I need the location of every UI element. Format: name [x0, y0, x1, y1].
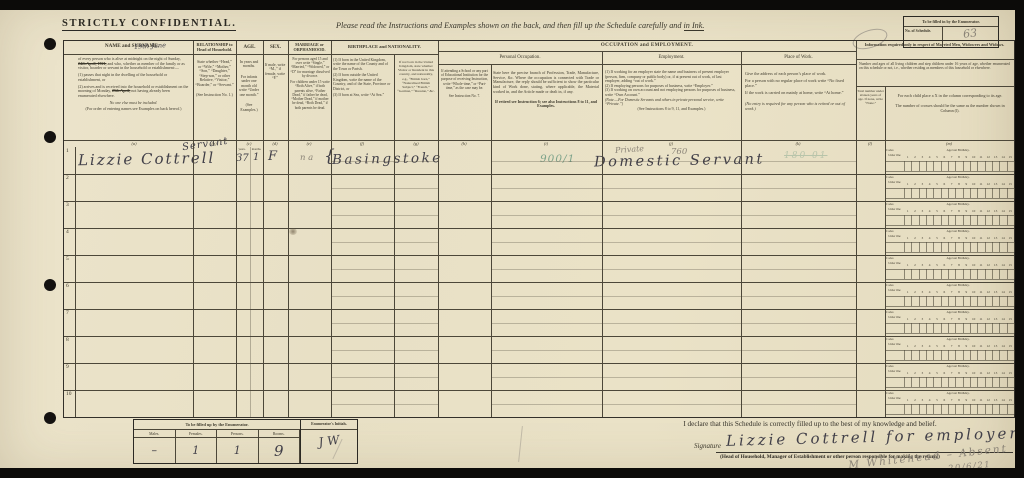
age-grid-cell-line	[941, 323, 942, 334]
age-grid-cell-line	[911, 269, 912, 280]
age-grid-cell-line	[955, 323, 956, 334]
age-grid-rule	[885, 360, 1014, 361]
age-grid-number: 8	[955, 290, 962, 294]
age-grid-cell-line	[985, 350, 986, 361]
column-letter: (m)	[941, 141, 957, 146]
col-relationship-title: RELATIONSHIP to Head of Household.	[194, 43, 235, 52]
age-grid-rule	[885, 252, 1014, 253]
age-grid-number: 5	[933, 263, 940, 267]
age-grid-cell-line	[955, 404, 956, 415]
age-grid-caption: Age last Birthday.	[904, 256, 1012, 260]
age-grid-number: 8	[955, 209, 962, 213]
school-footnote: See Instruction No. 7.	[440, 94, 489, 98]
col-age-title: AGE.	[236, 45, 263, 50]
age-grid-cell-line	[963, 404, 964, 415]
age-grid-number: 12	[985, 236, 992, 240]
age-grid-cell-line	[970, 269, 971, 280]
half-row-line	[331, 323, 438, 324]
age-grid-cell-line	[904, 188, 905, 199]
age-grid-under-label: Under One	[885, 370, 904, 373]
age-grid-cell-line	[1007, 269, 1008, 280]
age-grid-cell-line	[999, 323, 1000, 334]
age-grid-cell-line	[985, 215, 986, 226]
age-grid-number: 11	[977, 155, 984, 159]
enumerator-initials: J W	[300, 430, 357, 452]
age-grid-under-label: Under One	[885, 208, 904, 211]
age-grid-number: 13	[992, 317, 999, 321]
half-row-line	[331, 296, 438, 297]
half-row-line	[491, 269, 856, 270]
children-cross-note-1: For each child place a X in the column c…	[898, 93, 1003, 98]
age-grid-caption: Age last Birthday.	[904, 391, 1012, 395]
age-grid-cell-line	[992, 188, 993, 199]
row-number: 3	[66, 202, 69, 208]
age-grid-number: 4	[926, 290, 933, 294]
col-marriage-desc: For persons aged 15 and over write “Sing…	[290, 57, 330, 110]
age-grid-number: 14	[999, 398, 1006, 402]
age-grid-cell-line	[933, 404, 934, 415]
age-grid-cell-line	[933, 242, 934, 253]
age-grid-cell-line	[985, 188, 986, 199]
age-grid-cell-line	[919, 242, 920, 253]
age-grid-cell-line	[941, 188, 942, 199]
enumerator-col-label: Rooms.	[259, 430, 301, 437]
age-grid-rule	[885, 333, 1014, 334]
column-letter: (d)	[267, 141, 283, 146]
age-grid-cell-line	[948, 161, 949, 172]
children-age-grid: CodesAge last Birthday.Under One12345678…	[856, 363, 1014, 390]
age-grid-cell-line	[999, 296, 1000, 307]
age-grid-cell-line	[911, 350, 912, 361]
age-grid-number: 4	[926, 398, 933, 402]
name-note: No one else must be included.	[78, 101, 189, 106]
age-grid-cell-line	[999, 188, 1000, 199]
age-grid-number: 10	[970, 209, 977, 213]
scan-border-top	[0, 0, 1024, 10]
age-grid-number: 2	[911, 182, 918, 186]
column-letter: (g)	[408, 141, 424, 146]
column-letter: (h)	[456, 141, 472, 146]
employment-note: (Note.—For Domestic Servants and others …	[605, 98, 738, 107]
header-column-line	[263, 41, 264, 147]
age-grid-cell-line	[919, 350, 920, 361]
age-grid-cell-line	[1007, 161, 1008, 172]
col-employment-desc: (1) If working for an employer state the…	[605, 70, 738, 111]
age-grid-number: 6	[941, 398, 948, 402]
children-cross-note-2: The number of crosses should be the same…	[890, 104, 1010, 114]
age-grid-number: 5	[933, 398, 940, 402]
scan-border-right	[1015, 0, 1024, 478]
age-grid-cell-line	[955, 350, 956, 361]
age-grid-cell-line	[904, 350, 905, 361]
age-grid-number: 3	[919, 398, 926, 402]
age-grid-cell-line	[904, 161, 905, 172]
age-grid-number: 11	[977, 263, 984, 267]
age-grid-cell-line	[970, 350, 971, 361]
instruction-text: Please read the Instructions and Example…	[336, 21, 684, 30]
age-grid-rule	[885, 414, 1014, 415]
age-grid-number: 14	[999, 155, 1006, 159]
row-number: 1	[66, 148, 69, 154]
age-grid-cell-line	[911, 404, 912, 415]
age-grid-number: 10	[970, 236, 977, 240]
age-grid-cell-line	[948, 377, 949, 388]
age-grid-rule	[885, 387, 1014, 388]
age-grid-cell-line	[948, 215, 949, 226]
age-grid-number: 2	[911, 263, 918, 267]
age-grid-caption: Age last Birthday.	[904, 229, 1012, 233]
age-grid-number: 6	[941, 236, 948, 240]
children-age-grid: CodesAge last Birthday.Under One12345678…	[856, 282, 1014, 309]
age-grid-number: 9	[963, 371, 970, 375]
age-grid-number: 4	[926, 155, 933, 159]
entry-name: Lizzie Cottrell	[78, 149, 216, 169]
age-grid-number: 5	[933, 290, 940, 294]
age-grid-number: 13	[992, 182, 999, 186]
age-grid-cell-line	[992, 242, 993, 253]
age-grid-number: 8	[955, 371, 962, 375]
age-grid-number: 4	[926, 371, 933, 375]
age-grid-cell-line	[963, 377, 964, 388]
age-grid-cell-line	[904, 242, 905, 253]
age-grid-number: 4	[926, 236, 933, 240]
age-grid-cell-line	[911, 242, 912, 253]
punch-hole-dot	[44, 131, 56, 143]
enumerator-initials-box: Enumerator's Initials. J W	[300, 420, 357, 463]
age-grid-number: 5	[933, 155, 940, 159]
age-grid-cell-line	[919, 188, 920, 199]
age-grid-number: 3	[919, 209, 926, 213]
col-employment-title: Employment.	[602, 55, 741, 60]
age-grid-cell-line	[970, 404, 971, 415]
age-grid-number: 9	[963, 182, 970, 186]
age-grid-under-label: Under One	[885, 289, 904, 292]
age-grid-cell-line	[933, 323, 934, 334]
age-months-sublabel: months.	[250, 147, 263, 151]
age-grid-cell-line	[963, 269, 964, 280]
half-row-line	[331, 377, 438, 378]
age-grid-cell-line	[977, 188, 978, 199]
age-grid-cell-line	[948, 242, 949, 253]
age-grid-number: 6	[941, 263, 948, 267]
age-grid-codes-label: Codes	[886, 391, 894, 395]
age-grid-number: 4	[926, 182, 933, 186]
age-grid-number: 7	[948, 263, 955, 267]
signature-label: Signature	[694, 442, 721, 450]
place-of-work-note: (No entry is required for any person who…	[745, 102, 853, 112]
age-grid-number: 10	[970, 182, 977, 186]
age-grid-codes-label: Codes	[886, 283, 894, 287]
age-grid-number: 13	[992, 209, 999, 213]
age-grid-cell-line	[919, 377, 920, 388]
entry-birthplace: Basingstoke	[332, 150, 443, 168]
age-grid-number: 3	[919, 290, 926, 294]
children-age-grid: CodesAge last Birthday.Under One12345678…	[856, 336, 1014, 363]
age-grid-cell-line	[911, 161, 912, 172]
age-grid-cell-line	[926, 161, 927, 172]
age-grid-under-label: Under One	[885, 181, 904, 184]
census-schedule-scan: STRICTLY CONFIDENTIAL. Please read the I…	[0, 0, 1024, 478]
col-children-cross-desc: For each child place a X in the column c…	[890, 94, 1010, 113]
age-grid-cell-line	[926, 188, 927, 199]
age-grid-number: 2	[911, 371, 918, 375]
age-grid-codes-label: Codes	[886, 229, 894, 233]
age-grid-number: 1	[904, 398, 911, 402]
age-grid-number: 13	[992, 371, 999, 375]
age-grid-number: 13	[992, 155, 999, 159]
age-grid-number: 8	[955, 182, 962, 186]
age-grid-cell-line	[904, 215, 905, 226]
children-age-grid: CodesAge last Birthday.Under One12345678…	[856, 147, 1014, 174]
age-grid-number: 9	[963, 155, 970, 159]
enumerator-col-label: Males.	[134, 430, 176, 437]
age-grid-number: 4	[926, 209, 933, 213]
age-grid-number: 7	[948, 236, 955, 240]
age-grid-cell-line	[919, 323, 920, 334]
age-grid-cell-line	[926, 377, 927, 388]
age-grid-cell-line	[941, 215, 942, 226]
age-grid-number: 6	[941, 290, 948, 294]
enumerator-col-value: 9	[259, 438, 301, 463]
enumerator-count-cells: –119	[134, 438, 300, 463]
instruction-note: Please read the Instructions and Example…	[336, 21, 704, 30]
age-grid-cell-line	[999, 215, 1000, 226]
column-letter: (k)	[790, 141, 806, 146]
enumerator-col-label: Females.	[176, 430, 218, 437]
age-grid-number: 8	[955, 398, 962, 402]
header-column-line	[236, 41, 237, 147]
age-grid-cell-line	[999, 377, 1000, 388]
age-grid-number: 1	[904, 155, 911, 159]
age-grid-caption: Age last Birthday.	[904, 148, 1012, 152]
relationship-footnote: (See Instruction No. 1.)	[195, 93, 234, 98]
age-grid-number: 9	[963, 263, 970, 267]
age-grid-number: 7	[948, 182, 955, 186]
age-grid-number: 9	[963, 344, 970, 348]
col-children-total-desc: Total number under sixteen years of age.…	[857, 89, 884, 105]
half-row-line	[491, 323, 856, 324]
age-grid-cell-line	[948, 188, 949, 199]
enumerator-initials-title: Enumerator's Initials.	[301, 420, 357, 430]
header-rule	[438, 51, 856, 52]
relationship-desc-text: State whether “Head,” or “Wife,” “Mother…	[195, 60, 233, 87]
name-clause-2: (2) arrives and is received into the hou…	[78, 85, 189, 99]
birthplace-clause-1: (1) If born in the United Kingdom, write…	[333, 58, 388, 71]
age-grid-cell-line	[955, 215, 956, 226]
age-grid-cell-line	[911, 215, 912, 226]
occupation-footnote: If retired see Instruction 6; see also I…	[493, 100, 599, 109]
header-rule	[64, 54, 438, 55]
age-grid-cell-line	[955, 161, 956, 172]
column-letter: (l)	[862, 141, 878, 146]
age-grid-cell-line	[933, 188, 934, 199]
children-age-grid: CodesAge last Birthday.Under One12345678…	[856, 201, 1014, 228]
age-grid-cell-line	[941, 242, 942, 253]
age-grid-number: 15	[1007, 209, 1014, 213]
age-grid-number: 12	[985, 398, 992, 402]
age-grid-number: 10	[970, 371, 977, 375]
column-letter: (e)	[301, 141, 317, 146]
age-grid-cell-line	[904, 269, 905, 280]
age-footnote: (See Examples.)	[237, 103, 261, 112]
age-grid-codes-label: Codes	[886, 175, 894, 179]
age-grid-number: 15	[1007, 236, 1014, 240]
age-grid-number: 6	[941, 371, 948, 375]
age-grid-number: 2	[911, 236, 918, 240]
col-birthplace-desc: (1) If born in the United Kingdom, write…	[333, 58, 391, 98]
age-grid-number: 3	[919, 317, 926, 321]
age-grid-cell-line	[941, 350, 942, 361]
age-grid-number: 3	[919, 344, 926, 348]
header-rule	[856, 86, 1014, 87]
instruction-ink-emphasis: in Ink.	[684, 21, 705, 31]
entry-age-months: 1	[253, 152, 259, 163]
age-grid-number: 14	[999, 209, 1006, 213]
age-grid-cell-line	[985, 404, 986, 415]
age-grid-cell-line	[970, 242, 971, 253]
age-grid-cell-line	[985, 296, 986, 307]
age-grid-cell-line	[970, 296, 971, 307]
age-grid-number: 1	[904, 236, 911, 240]
col-place-of-work-desc: Give the address of each person’s place …	[745, 72, 853, 112]
age-grid-cell-line	[948, 296, 949, 307]
age-grid-number: 14	[999, 317, 1006, 321]
half-row-line	[331, 350, 438, 351]
employment-clause-1: (1) If working for an employer state the…	[605, 70, 729, 83]
age-grid-number: 2	[911, 290, 918, 294]
row-number: 8	[66, 337, 69, 343]
scan-border-bottom	[0, 468, 1024, 478]
age-grid-cell-line	[970, 215, 971, 226]
age-grid-number: 9	[963, 317, 970, 321]
column-letter: (i)	[538, 141, 554, 146]
age-grid-cell-line	[933, 215, 934, 226]
age-grid-number: 6	[941, 317, 948, 321]
age-grid-cell-line	[1007, 404, 1008, 415]
age-grid-cell-line	[977, 323, 978, 334]
header-column-line	[193, 41, 194, 147]
half-row-line	[331, 161, 438, 162]
half-row-line	[491, 215, 856, 216]
age-grid-cell-line	[941, 404, 942, 415]
children-age-grid: CodesAge last Birthday.Under One12345678…	[856, 255, 1014, 282]
marriage-desc-p2: For children under 15 write “Both Alive,…	[290, 80, 330, 110]
age-grid-number: 1	[904, 182, 911, 186]
age-grid-cell-line	[985, 242, 986, 253]
age-grid-caption: Age last Birthday.	[904, 283, 1012, 287]
age-grid-cell-line	[992, 215, 993, 226]
age-grid-cell-line	[955, 242, 956, 253]
schedule-table: NAME and SURNAME. 19th June of every per…	[63, 40, 1015, 418]
age-grid-number: 10	[970, 263, 977, 267]
age-grid-number: 5	[933, 209, 940, 213]
header-column-line	[331, 41, 332, 147]
age-grid-codes-label: Codes	[886, 337, 894, 341]
table-body: years. months. Servant Lizzie Cottrell 3…	[64, 147, 1014, 417]
age-grid-caption: Age last Birthday.	[904, 337, 1012, 341]
age-grid-under-label: Under One	[885, 397, 904, 400]
age-grid-number: 14	[999, 371, 1006, 375]
age-grid-number: 6	[941, 209, 948, 213]
age-grid-cell-line	[919, 269, 920, 280]
employment-clause-3: (3) If working on own account and not em…	[605, 88, 738, 97]
col-relationship-desc: State whether “Head,” or “Wife,” “Mother…	[195, 60, 234, 97]
age-grid-cell-line	[977, 215, 978, 226]
half-row-line	[331, 269, 438, 270]
column-letter: (a)	[126, 141, 142, 146]
col-birthplace-group-title: BIRTHPLACE and NATIONALITY.	[331, 44, 438, 49]
col-occupation-desc: State here the precise branch of Profess…	[493, 71, 599, 109]
age-grid-number: 12	[985, 371, 992, 375]
age-grid-number: 11	[977, 344, 984, 348]
age-grid-cell-line	[926, 350, 927, 361]
age-grid-number: 9	[963, 209, 970, 213]
age-grid-cell-line	[992, 350, 993, 361]
age-grid-cell-line	[963, 350, 964, 361]
age-grid-number: 8	[955, 236, 962, 240]
age-grid-number: 10	[970, 317, 977, 321]
age-grid-number: 12	[985, 263, 992, 267]
age-grid-caption: Age last Birthday.	[904, 364, 1012, 368]
half-row-line	[491, 161, 856, 162]
age-grid-number: 11	[977, 182, 984, 186]
age-grid-cell-line	[963, 242, 964, 253]
handwritten-date-annotation: 19th June	[134, 41, 166, 51]
ink-stain	[289, 228, 297, 235]
age-grid-cell-line	[992, 161, 993, 172]
occupation-desc-text: State here the precise branch of Profess…	[493, 70, 599, 94]
age-grid-number: 14	[999, 344, 1006, 348]
age-grid-number: 5	[933, 182, 940, 186]
col-sex-desc: If male, write “M.,” if female, write “F…	[264, 63, 286, 81]
half-row-line	[491, 350, 856, 351]
age-grid-rule	[885, 171, 1014, 172]
age-grid-caption: Age last Birthday.	[904, 310, 1012, 314]
age-grid-caption: Age last Birthday.	[904, 202, 1012, 206]
age-grid-cell-line	[941, 161, 942, 172]
birthplace-clause-3: (3) If born at Sea, write “At Sea.”	[333, 93, 391, 97]
age-grid-number: 11	[977, 236, 984, 240]
age-grid-number: 10	[970, 344, 977, 348]
age-grid-cell-line	[963, 161, 964, 172]
half-row-line	[491, 377, 856, 378]
age-grid-number: 13	[992, 290, 999, 294]
name-clause-1: (1) passes that night in the dwelling of…	[78, 73, 189, 82]
age-grid-cell-line	[963, 188, 964, 199]
column-letter: (b)	[206, 141, 222, 146]
age-grid-cell-line	[1007, 242, 1008, 253]
row-number: 6	[66, 283, 69, 289]
entry-age-years: 37	[236, 153, 249, 164]
age-grid-number: 8	[955, 344, 962, 348]
enumerator-col-value: 1	[176, 438, 218, 463]
col-school-desc: If attending a School or any part of Edu…	[440, 69, 489, 98]
age-grid-codes-label: Codes	[886, 310, 894, 314]
age-grid-number: 4	[926, 263, 933, 267]
age-grid-number: 2	[911, 344, 918, 348]
age-grid-cell-line	[963, 215, 964, 226]
age-grid-number: 15	[1007, 371, 1014, 375]
half-row-line	[491, 242, 856, 243]
age-grid-under-label: Under One	[885, 235, 904, 238]
age-grid-cell-line	[911, 377, 912, 388]
age-grid-number: 6	[941, 155, 948, 159]
age-grid-number: 1	[904, 263, 911, 267]
half-row-line	[491, 404, 856, 405]
age-grid-cell-line	[919, 161, 920, 172]
age-grid-number: 15	[1007, 398, 1014, 402]
age-grid-number: 14	[999, 290, 1006, 294]
